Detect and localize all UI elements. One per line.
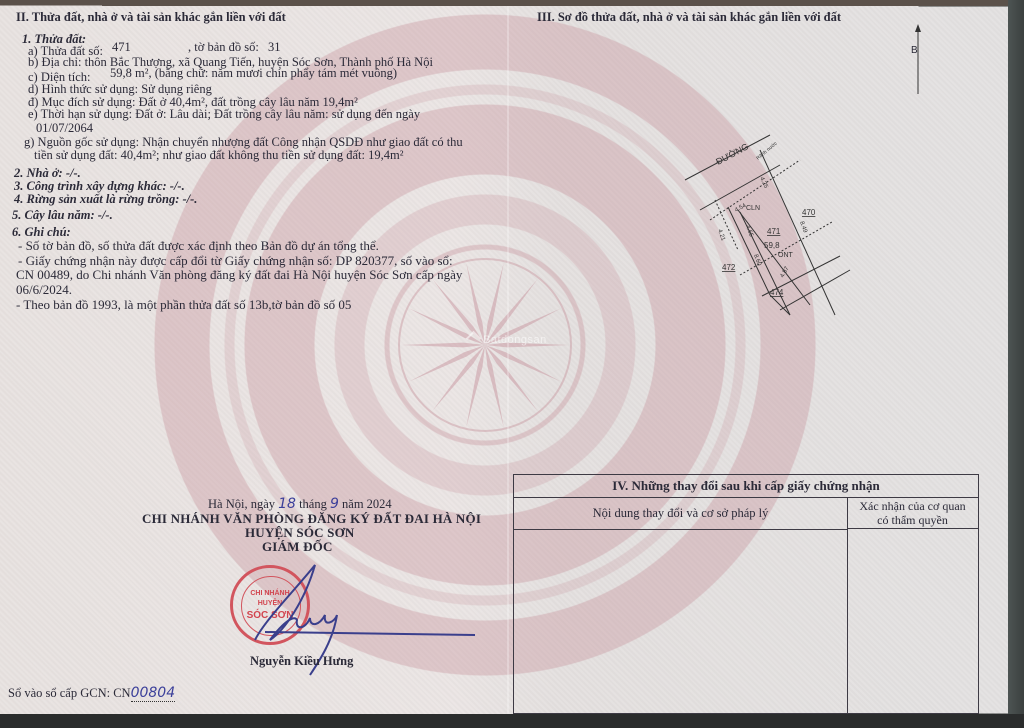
sign-month: 9: [330, 496, 339, 512]
section-ii-title: II. Thửa đất, nhà ở và tài sản khác gắn …: [16, 10, 286, 24]
note-line-3: CN 00489, do Chi nhánh Văn phòng đăng ký…: [16, 268, 462, 282]
north-label: B: [911, 44, 918, 58]
page-fold: [507, 6, 509, 714]
office-district: HUYỆN SÓC SƠN: [245, 526, 355, 540]
note-line-5: - Theo bản đồ 1993, là một phần thửa đất…: [16, 298, 351, 312]
item-other-construction: 3. Công trình xây dựng khác: -/-.: [14, 179, 185, 193]
official-stamp: CHI NHÁNH HUYỆN SÓC SƠN: [230, 565, 310, 645]
usage-origin-cont: tiền sử dụng đất: 40,4m²; như giao đất k…: [34, 148, 403, 162]
svg-text:59,8: 59,8: [764, 241, 780, 250]
svg-text:471: 471: [767, 227, 781, 236]
item-house: 2. Nhà ở: -/-.: [14, 166, 81, 180]
section-iii-title: III. Sơ đồ thửa đất, nhà ở và tài sản kh…: [537, 10, 841, 24]
background-edge-right: [1008, 0, 1024, 728]
svg-text:4.25: 4.25: [758, 176, 769, 190]
usage-form: d) Hình thức sử dụng: Sử dụng riêng: [28, 82, 212, 96]
parcel-map: ĐƯỜNG Rãnh nước 4.54 4.21 4.25 CLN 4.65 …: [670, 130, 870, 320]
note-line-2: - Giấy chứng nhận này được cấp đổi từ Gi…: [18, 254, 453, 268]
svg-text:4.21: 4.21: [716, 229, 726, 243]
north-arrow-icon: [912, 24, 924, 94]
svg-text:4.65: 4.65: [744, 225, 754, 239]
notes-heading: 6. Ghi chú:: [12, 225, 71, 239]
changes-table-divider: [847, 529, 848, 713]
watermark: Batdongsan: [468, 333, 547, 346]
svg-text:472: 472: [722, 263, 736, 272]
changes-col-confirmation: Xác nhận của cơ quan có thẩm quyền: [847, 497, 978, 529]
watermark-logo-icon: [466, 331, 482, 347]
usage-term-date: 01/07/2064: [36, 121, 93, 135]
svg-text:CLN: CLN: [746, 205, 760, 212]
svg-text:8.49: 8.49: [798, 221, 808, 235]
map-sheet-label: , tờ bản đồ số:: [188, 40, 259, 54]
usage-origin: g) Nguồn gốc sử dụng: Nhận chuyển nhượng…: [24, 135, 463, 149]
changes-table: IV. Những thay đổi sau khi cấp giấy chứn…: [513, 474, 979, 714]
registry-number: Sổ vào sổ cấp GCN: CN00804: [8, 686, 175, 700]
background-edge-bottom: [0, 714, 1024, 728]
note-line-1: - Số tờ bản đồ, số thửa đất được xác địn…: [18, 239, 379, 253]
svg-text:ĐƯỜNG: ĐƯỜNG: [714, 141, 750, 166]
signer-name: Nguyễn Kiều Hưng: [250, 654, 353, 668]
area-value: 59,8 m², (bằng chữ: năm mươi chín phẩy t…: [110, 66, 397, 80]
svg-text:Rãnh nước: Rãnh nước: [755, 140, 779, 161]
changes-table-title: IV. Những thay đổi sau khi cấp giấy chứn…: [514, 475, 978, 498]
map-sheet-number: 31: [268, 40, 281, 54]
svg-text:470: 470: [802, 208, 816, 217]
sign-place-date: Hà Nội, ngày 18 tháng 9 năm 2024: [208, 497, 392, 511]
parcel-number: 471: [112, 40, 131, 54]
item-production-forest: 4. Rừng sản xuất là rừng trồng: -/-.: [14, 192, 197, 206]
office-name: CHI NHÁNH VĂN PHÒNG ĐĂNG KÝ ĐẤT ĐAI HÀ N…: [142, 512, 481, 526]
changes-col-content: Nội dung thay đổi và cơ sở pháp lý: [514, 497, 848, 530]
svg-text:474: 474: [770, 288, 784, 297]
sign-day: 18: [278, 496, 296, 512]
svg-text:ONT: ONT: [778, 252, 794, 259]
note-line-4: 06/6/2024.: [16, 283, 72, 297]
item-perennial-trees: 5. Cây lâu năm: -/-.: [12, 208, 113, 222]
usage-term: e) Thời hạn sử dụng: Đất ở: Lâu dài; Đất…: [28, 107, 420, 121]
signer-title: GIÁM ĐỐC: [262, 540, 333, 554]
